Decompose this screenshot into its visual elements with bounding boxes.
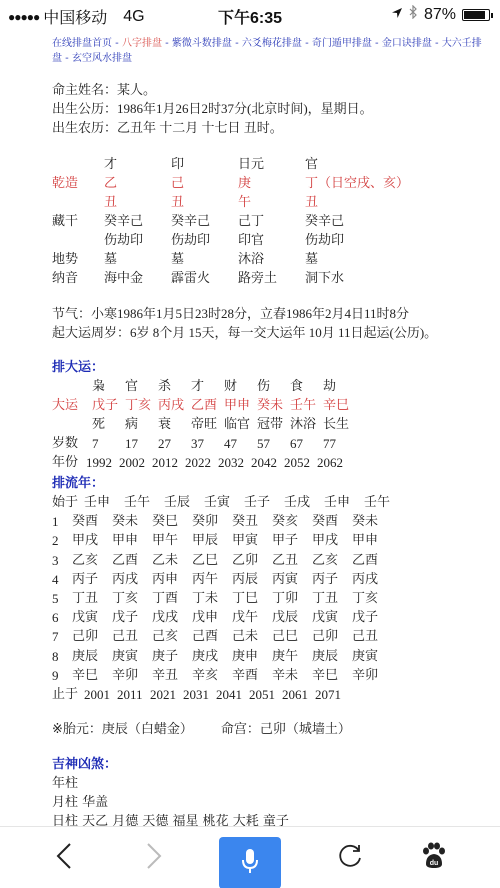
forward-button[interactable]	[134, 827, 174, 888]
liunian-row-4: 4 丙子 丙戌 丙申 丙午 丙辰 丙寅 丙子 丙戌	[52, 570, 490, 589]
dayun-title: 排大运：	[52, 358, 490, 377]
shensha-month: 月柱 华盖	[52, 793, 490, 812]
page-content: 在线排盘首页 - 八字排盘 - 紫微斗数排盘 - 六爻梅花排盘 - 奇门遁甲排盘…	[52, 36, 490, 831]
jieqi-info: 节气：小寒1986年1月5日23时28分，立春1986年2月4日11时8分 起大…	[52, 304, 490, 342]
nav-link-home[interactable]: 在线排盘首页	[52, 38, 112, 49]
chevron-right-icon	[146, 842, 162, 874]
dayun-stages-row: 死 病 衰 帝旺 临官 冠带 沐浴 长生	[52, 415, 490, 434]
liunian-row-2: 2 甲戌 甲申 甲午 甲辰 甲寅 甲子 甲戌 甲申	[52, 531, 490, 550]
dishi-row: 地势 墓 墓 沐浴 墓	[52, 250, 490, 269]
nav-link-xuankong[interactable]: 玄空风水排盘	[72, 53, 132, 64]
liunian-row-9: 9 辛巳 辛卯 辛丑 辛亥 辛酉 辛未 辛巳 辛卯	[52, 666, 490, 685]
hidden-gods-row: 伤劫印 伤劫印 印官 伤劫印	[52, 231, 490, 250]
lunar-birth-line: 出生农历：乙丑年 十二月 十七日 丑时。	[52, 118, 490, 137]
shensha-title: 吉神凶煞：	[52, 755, 490, 774]
dayun-pillars-row: 大运 戊子 丁亥 丙戌 乙酉 甲申 癸未 壬午 辛巳	[52, 396, 490, 415]
liunian-row-6: 6 戊寅 戊子 戊戌 戊申 戊午 戊辰 戊寅 戊子	[52, 608, 490, 627]
chevron-left-icon	[56, 842, 72, 874]
taiyuan-text: ※胎元：庚辰（白蜡金）	[52, 722, 193, 737]
nayin-row: 纳音 海中金 霹雷火 路旁土 洞下水	[52, 269, 490, 288]
baidu-paw-icon: du	[420, 842, 448, 874]
taiyuan-minggong: ※胎元：庚辰（白蜡金）命宫：己卯（城墙土）	[52, 720, 490, 739]
dayun-ages-row: 岁数 7 17 27 37 47 57 67 77	[52, 434, 490, 453]
shensha-list: 年柱 月柱 华盖 日柱 天乙 月德 天德 福星 桃花 大耗 童子	[52, 774, 490, 831]
baidu-button[interactable]: du	[412, 827, 456, 888]
browser-toolbar: du	[0, 826, 500, 888]
nav-links: 在线排盘首页 - 八字排盘 - 紫微斗数排盘 - 六爻梅花排盘 - 奇门遁甲排盘…	[52, 36, 490, 66]
location-arrow-icon	[391, 6, 403, 24]
liunian-row-3: 3 乙亥 乙酉 乙未 乙巳 乙卯 乙丑 乙亥 乙酉	[52, 551, 490, 570]
liunian-start-row: 始于 壬申 壬午 壬辰 壬寅 壬子 壬戌 壬申 壬午	[52, 493, 490, 512]
nav-link-qimen[interactable]: 奇门遁甲排盘	[312, 38, 372, 49]
refresh-button[interactable]	[330, 827, 370, 888]
liunian-row-1: 1 癸酉 癸未 癸巳 癸卯 癸丑 癸亥 癸酉 癸未	[52, 512, 490, 531]
bazi-chart: 才 印 日元 官 乾造 乙 己 庚 丁（日空戌、亥） 丑 丑 午 丑 藏干 癸辛…	[52, 155, 490, 288]
bluetooth-icon	[409, 5, 418, 24]
qiyun-line: 起大运周岁：6岁 8个月 15天，每一交大运年 10月 11日起运(公历)。	[52, 323, 490, 342]
dayun-table: 枭 官 杀 才 财 伤 食 劫 大运 戊子 丁亥 丙戌 乙酉 甲申 癸未 壬午 …	[52, 377, 490, 472]
nav-link-liuyao[interactable]: 六爻梅花排盘	[242, 38, 302, 49]
shensha-year: 年柱	[52, 774, 490, 793]
jieqi-line: 节气：小寒1986年1月5日23时28分，立春1986年2月4日11时8分	[52, 304, 490, 323]
battery-icon	[462, 9, 490, 21]
liunian-row-8: 8 庚辰 庚寅 庚子 庚戌 庚申 庚午 庚辰 庚寅	[52, 647, 490, 666]
stems-row: 乾造 乙 己 庚 丁（日空戌、亥）	[52, 174, 490, 193]
liunian-title: 排流年：	[52, 474, 490, 493]
status-bar: ●●●●● 中国移动 4G 下午6:35 87%	[0, 0, 500, 30]
dayun-years-row: 年份 1992 2002 2012 2022 2032 2042 2052 20…	[52, 453, 490, 472]
liunian-row-7: 7 己卯 己丑 己亥 己酉 己未 己巳 己卯 己丑	[52, 627, 490, 646]
liunian-end-row: 止于 2001 2011 2021 2031 2041 2051 2061 20…	[52, 685, 490, 704]
back-button[interactable]	[44, 827, 84, 888]
solar-birth-line: 出生公历：1986年1月26日2时37分(北京时间)，星期日。	[52, 99, 490, 118]
liunian-table: 始于 壬申 壬午 壬辰 壬寅 壬子 壬戌 壬申 壬午 1 癸酉 癸未 癸巳 癸卯…	[52, 493, 490, 704]
name-line: 命主姓名：某人。	[52, 80, 490, 99]
liunian-row-5: 5 丁丑 丁亥 丁酉 丁未 丁巳 丁卯 丁丑 丁亥	[52, 589, 490, 608]
dayun-gods-row: 枭 官 杀 才 财 伤 食 劫	[52, 377, 490, 396]
microphone-icon	[240, 847, 260, 879]
nav-link-jinkoujue[interactable]: 金口诀排盘	[382, 38, 432, 49]
status-right: 87%	[391, 5, 490, 24]
refresh-icon	[337, 843, 363, 873]
profile-info: 命主姓名：某人。 出生公历：1986年1月26日2时37分(北京时间)，星期日。…	[52, 80, 490, 137]
minggong-text: 命宫：己卯（城墙土）	[221, 722, 351, 737]
hidden-stems-row: 藏干 癸辛己 癸辛己 己丁 癸辛己	[52, 212, 490, 231]
voice-search-button[interactable]	[219, 837, 281, 888]
nav-link-bazi[interactable]: 八字排盘	[122, 38, 162, 49]
battery-percent: 87%	[424, 6, 456, 24]
ten-gods-row: 才 印 日元 官	[52, 155, 490, 174]
nav-link-ziwei[interactable]: 紫微斗数排盘	[172, 38, 232, 49]
branches-row: 丑 丑 午 丑	[52, 193, 490, 212]
svg-text:du: du	[430, 860, 439, 867]
